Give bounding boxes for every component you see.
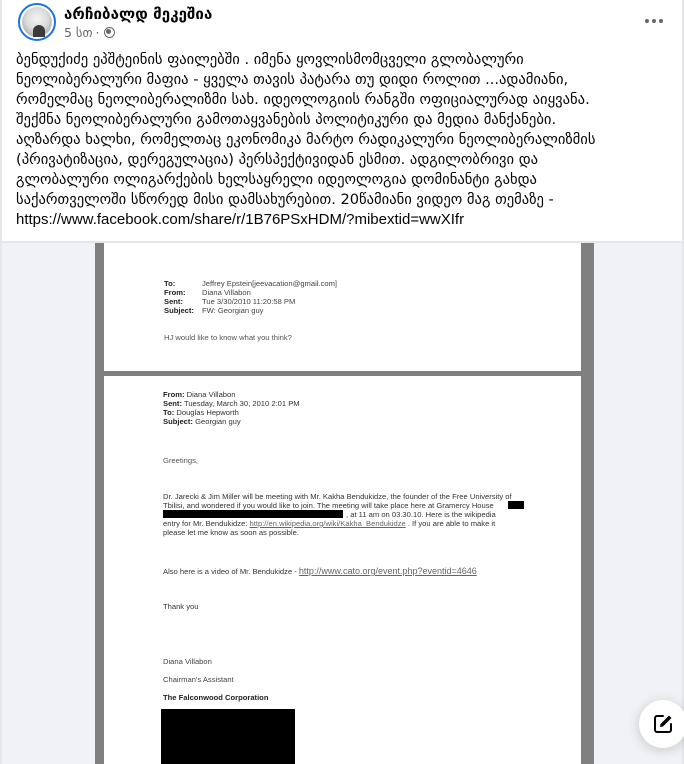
author-name[interactable]: არჩიბალდ მეკეშია: [64, 5, 212, 23]
header-value: Tue 3/30/2010 11:20:58 PM: [202, 297, 295, 306]
paragraph-text: entry for Mr. Bendukidze:: [163, 519, 250, 528]
more-options-button[interactable]: [640, 7, 668, 35]
post-text-line: ნეოლიბერალური მაფია - ყველა თავის პატარა…: [16, 70, 676, 90]
post-link[interactable]: https://www.facebook.com/share/r/1B76PSx…: [16, 210, 676, 230]
more-dot-icon: [652, 19, 656, 23]
email-paragraph-line: entry for Mr. Bendukidze: http://en.wiki…: [163, 519, 495, 528]
email-header-row: Subject: Georgian guy: [163, 417, 241, 426]
email-paragraph-line: Tbilisi, and wondered if you would like …: [163, 501, 494, 510]
redaction-block: [508, 501, 524, 509]
paragraph-text: . If you are able to make it: [406, 519, 495, 528]
paragraph-text: Also here is a video of Mr. Bendukidze -: [163, 567, 299, 576]
post-header: არჩიბალდ მეკეშია 5 სთ ·: [16, 3, 676, 43]
post-text-line: (პრივატიზაცია, დერეგულაცია) პერსპექტივიდ…: [16, 150, 676, 170]
email-greeting: Greetings,: [163, 456, 198, 465]
email-header-row: From: Diana Villabon: [163, 390, 235, 399]
header-key: Subject:: [164, 306, 202, 315]
header-key: To:: [163, 408, 174, 417]
post-text-line: რომელმაც ნეოლიბერალიზმი სახ. იდეოლოგიის …: [16, 90, 676, 110]
header-key: Sent:: [163, 399, 182, 408]
email-paragraph-line: Dr. Jarecki & Jim Miller will be meeting…: [163, 492, 512, 501]
redaction-block: [163, 510, 343, 518]
post-text-line: საქართველოში სწორედ მისი დამსახურებით. 2…: [16, 190, 676, 210]
header-value: Jeffrey Epstein[jeevacation@gmail.com]: [202, 279, 337, 288]
email-thanks: Thank you: [163, 602, 198, 611]
post-meta: 5 სთ ·: [64, 25, 115, 40]
email-body: HJ would like to know what you think?: [164, 333, 292, 342]
more-dot-icon: [645, 19, 649, 23]
more-dot-icon: [659, 19, 663, 23]
header-value: Douglas Hepworth: [176, 408, 238, 417]
document-scan: To: Jeffrey Epstein[jeevacation@gmail.co…: [95, 243, 594, 764]
document-page: To: Jeffrey Epstein[jeevacation@gmail.co…: [104, 243, 581, 371]
email-video-line: Also here is a video of Mr. Bendukidze -…: [163, 567, 477, 576]
post-text-line: ბენდუქიძე ეპშტეინის ფაილებში . იმენა ყოვ…: [16, 50, 676, 70]
header-key: Sent:: [164, 297, 202, 306]
avatar-image: [22, 7, 52, 37]
post-text-line: აღზარდა ხალხი, რომელთაც ეკონომიკა მარტო …: [16, 130, 676, 150]
avatar-figure: [33, 25, 45, 37]
post-time[interactable]: 5 სთ: [64, 25, 92, 40]
post-image[interactable]: To: Jeffrey Epstein[jeevacation@gmail.co…: [2, 243, 682, 764]
header-key: Subject:: [163, 417, 193, 426]
meta-separator: ·: [95, 25, 99, 40]
post-text-line: შექმნა ნეოლიბერალური გამოთაყვანების პოლი…: [16, 110, 676, 130]
signature-company: The Falconwood Corporation: [163, 693, 268, 702]
signature-name: Diana Villabon: [163, 657, 212, 666]
header-value: Diana Villabon: [187, 390, 236, 399]
post-text: ბენდუქიძე ეპშტეინის ფაილებში . იმენა ყოვ…: [16, 50, 676, 230]
header-value: Georgian guy: [195, 417, 241, 426]
email-header-row: To: Jeffrey Epstein[jeevacation@gmail.co…: [164, 279, 337, 288]
email-paragraph-line: , at 11 am on 03.30.10. Here is the wiki…: [346, 510, 496, 519]
compose-icon: [652, 713, 674, 735]
redaction-block: [161, 709, 295, 764]
header-key: To:: [164, 279, 202, 288]
header-value: Tuesday, March 30, 2010 2:01 PM: [184, 399, 300, 408]
email-paragraph-line: please let me know as soon as possible.: [163, 528, 299, 537]
wikipedia-link[interactable]: http://en.wikipedia.org/wiki/Kakha_Bendu…: [250, 519, 406, 528]
document-page: From: Diana Villabon Sent: Tuesday, Marc…: [104, 376, 581, 764]
feed-post: არჩიბალდ მეკეშია 5 სთ · ბენდუქიძე ეპშტეი…: [0, 0, 684, 764]
video-link[interactable]: http://www.cato.org/event.php?eventid=46…: [299, 566, 477, 576]
email-header-row: From: Diana Villabon: [164, 288, 251, 297]
header-value: FW: Georgian guy: [202, 306, 263, 315]
header-key: From:: [163, 390, 185, 399]
globe-icon[interactable]: [104, 27, 115, 38]
email-header-row: Subject: FW: Georgian guy: [164, 306, 263, 315]
avatar[interactable]: [18, 3, 56, 41]
header-key: From:: [164, 288, 202, 297]
email-header-row: Sent: Tue 3/30/2010 11:20:58 PM: [164, 297, 295, 306]
email-header-row: Sent: Tuesday, March 30, 2010 2:01 PM: [163, 399, 300, 408]
header-value: Diana Villabon: [202, 288, 251, 297]
compose-button[interactable]: [639, 700, 684, 748]
signature-title: Chairman's Assistant: [163, 675, 234, 684]
email-header-row: To: Douglas Hepworth: [163, 408, 239, 417]
post-text-line: გლობალური ოლიგარქების ხელსაყრელი იდეოლოგ…: [16, 170, 676, 190]
